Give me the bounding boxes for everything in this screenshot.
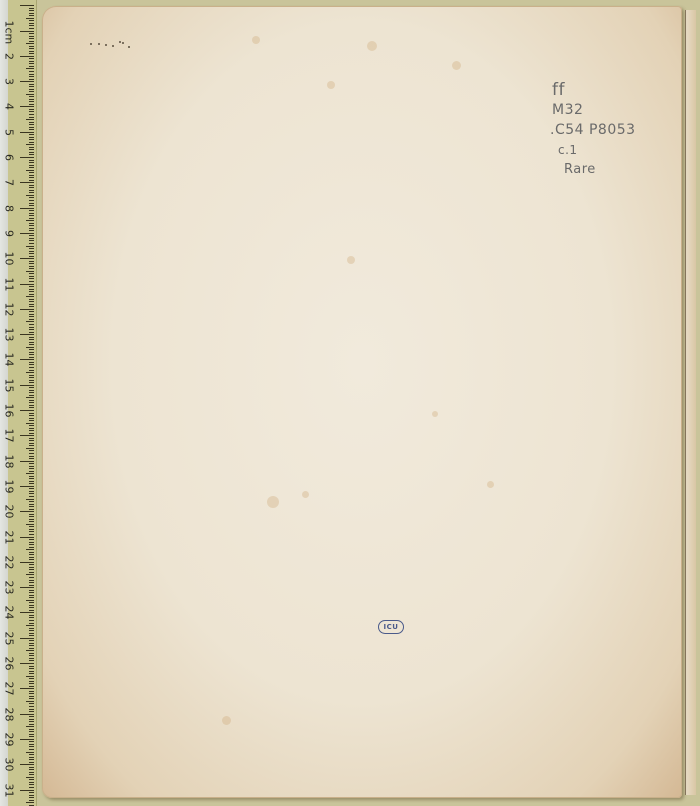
ruler-tick <box>26 347 34 348</box>
ruler-label: 21 <box>4 530 15 544</box>
ruler-tick <box>29 736 34 737</box>
foxing-spot <box>487 481 494 488</box>
ruler-tick <box>29 177 34 178</box>
ruler-tick <box>26 600 34 601</box>
ruler-label: 4 <box>4 100 15 114</box>
ruler-tick <box>29 273 34 274</box>
ruler-tick <box>29 592 34 593</box>
ruler-label: 25 <box>4 631 15 645</box>
ruler-tick <box>29 711 34 712</box>
ruler-tick <box>29 402 34 403</box>
ruler-tick <box>29 266 34 267</box>
ruler-tick <box>29 71 34 72</box>
ruler-tick <box>29 114 34 115</box>
ruler-tick <box>26 549 34 550</box>
ruler-tick <box>29 36 34 37</box>
call-number-collection: Rare <box>550 160 660 180</box>
ruler-label: 26 <box>4 657 15 671</box>
ruler-tick <box>20 157 34 158</box>
ruler-tick <box>20 334 34 335</box>
ruler-tick <box>29 289 34 290</box>
ruler-tick <box>29 709 34 710</box>
ruler-tick <box>29 597 34 598</box>
ruler-tick <box>29 225 34 226</box>
ruler-label: 3 <box>4 75 15 89</box>
ruler-tick <box>20 790 34 791</box>
ruler-tick <box>29 152 34 153</box>
ruler-tick <box>29 33 34 34</box>
ruler-label: 14 <box>4 353 15 367</box>
ruler-tick <box>29 554 34 555</box>
ruler-tick <box>29 506 34 507</box>
ruler-tick <box>20 764 34 765</box>
ruler-tick <box>29 367 34 368</box>
ruler-tick <box>29 716 34 717</box>
ruler-label: 5 <box>4 125 15 139</box>
ruler-tick <box>29 329 34 330</box>
ruler-tick <box>29 542 34 543</box>
ruler-label: 6 <box>4 151 15 165</box>
ruler-tick <box>26 321 34 322</box>
ruler-tick <box>29 165 34 166</box>
ruler-tick <box>20 182 34 183</box>
ruler-tick <box>26 170 34 171</box>
ruler-tick <box>20 385 34 386</box>
ruler-tick <box>29 20 34 21</box>
ruler-label: 9 <box>4 226 15 240</box>
ruler-tick <box>29 703 34 704</box>
ruler-tick <box>29 210 34 211</box>
ruler-tick <box>20 663 34 664</box>
ruler-tick <box>29 668 34 669</box>
ruler-tick <box>29 800 34 801</box>
ruler-tick <box>29 564 34 565</box>
ruler-tick <box>29 66 34 67</box>
ruler-tick <box>29 590 34 591</box>
ruler-tick <box>29 294 34 295</box>
ruler-tick <box>29 673 34 674</box>
ruler-tick <box>29 13 34 14</box>
ruler-tick <box>29 76 34 77</box>
ruler-tick <box>29 721 34 722</box>
ruler-tick <box>29 129 34 130</box>
ruler-tick <box>29 463 34 464</box>
ruler-tick <box>29 84 34 85</box>
ruler-tick <box>29 235 34 236</box>
ruler-tick <box>20 208 34 209</box>
ruler-tick <box>20 638 34 639</box>
ruler-tick <box>29 187 34 188</box>
ruler-tick <box>29 784 34 785</box>
ruler-tick <box>29 660 34 661</box>
ruler-tick <box>29 190 34 191</box>
ruler-tick <box>29 696 34 697</box>
ruler-tick <box>29 569 34 570</box>
ruler-tick <box>26 423 34 424</box>
ruler-tick <box>29 433 34 434</box>
ruler-tick <box>29 357 34 358</box>
ruler-tick <box>29 582 34 583</box>
ruler-tick <box>29 230 34 231</box>
ruler-tick <box>29 192 34 193</box>
ruler-tick <box>29 617 34 618</box>
ruler-tick <box>26 195 34 196</box>
ruler-tick <box>29 349 34 350</box>
ruler-tick <box>29 580 34 581</box>
ruler-label: 31 <box>4 783 15 797</box>
ruler-tick <box>29 762 34 763</box>
ruler-tick <box>29 147 34 148</box>
ruler-tick <box>29 501 34 502</box>
ruler-tick <box>29 382 34 383</box>
ruler-tick <box>29 86 34 87</box>
ruler-tick <box>29 415 34 416</box>
ruler-label: 19 <box>4 479 15 493</box>
ruler-tick <box>20 132 34 133</box>
ruler-tick <box>29 493 34 494</box>
ruler-tick <box>29 218 34 219</box>
ruler-tick <box>29 134 34 135</box>
ruler-tick <box>29 79 34 80</box>
ruler-tick <box>29 205 34 206</box>
ruler-tick <box>29 175 34 176</box>
foxing-spot <box>252 36 260 44</box>
ruler-tick <box>29 769 34 770</box>
ruler-tick <box>29 559 34 560</box>
ruler-tick <box>29 488 34 489</box>
ruler-tick <box>26 448 34 449</box>
ruler-tick <box>29 595 34 596</box>
ruler-tick <box>29 286 34 287</box>
ruler-tick <box>29 342 34 343</box>
ruler-tick <box>29 630 34 631</box>
ruler-tick <box>29 139 34 140</box>
ruler-tick <box>29 63 34 64</box>
ruler-tick <box>29 698 34 699</box>
ruler-tick <box>29 248 34 249</box>
ruler-tick <box>29 261 34 262</box>
ruler-tick <box>29 741 34 742</box>
ruler-tick <box>20 461 34 462</box>
ruler-tick <box>26 802 34 803</box>
ruler-tick <box>29 327 34 328</box>
ruler-tick <box>29 521 34 522</box>
ruler-tick <box>29 344 34 345</box>
ruler-tick <box>29 400 34 401</box>
ruler-tick <box>29 693 34 694</box>
foxing-spot <box>222 716 231 725</box>
ruler-tick <box>29 749 34 750</box>
ruler-tick <box>29 15 34 16</box>
ruler-tick <box>29 387 34 388</box>
ruler-tick <box>29 319 34 320</box>
ruler-tick <box>29 28 34 29</box>
call-number-copy: c.1 <box>550 140 660 160</box>
ruler-tick <box>29 671 34 672</box>
ruler-tick <box>29 51 34 52</box>
ruler-tick <box>29 362 34 363</box>
ruler-tick <box>26 43 34 44</box>
ruler-label: 27 <box>4 682 15 696</box>
ruler-tick <box>29 46 34 47</box>
ruler-tick <box>29 478 34 479</box>
ruler-label: 15 <box>4 378 15 392</box>
ruler-tick <box>29 529 34 530</box>
ruler-tick <box>29 301 34 302</box>
ruler-tick <box>29 428 34 429</box>
ruler-tick <box>29 99 34 100</box>
ruler-tick <box>20 258 34 259</box>
ruler-tick <box>29 534 34 535</box>
ruler-tick <box>29 407 34 408</box>
ruler-tick <box>29 754 34 755</box>
call-number-cutter: .C54 P8053 <box>550 120 660 140</box>
ruler-tick <box>29 772 34 773</box>
ruler-tick <box>29 516 34 517</box>
ruler-tick <box>29 215 34 216</box>
ruler-label: 22 <box>4 555 15 569</box>
ruler-tick <box>29 795 34 796</box>
ruler-tick <box>29 509 34 510</box>
ruler-tick <box>20 410 34 411</box>
ruler-tick <box>29 724 34 725</box>
ruler-tick <box>29 306 34 307</box>
ruler-tick <box>29 544 34 545</box>
ruler-tick <box>29 610 34 611</box>
ruler-tick <box>29 203 34 204</box>
ruler-tick <box>29 278 34 279</box>
ruler-tick <box>26 752 34 753</box>
ruler-tick <box>29 304 34 305</box>
ruler-tick <box>29 392 34 393</box>
ruler-tick <box>29 471 34 472</box>
ruler-tick <box>29 605 34 606</box>
ruler-tick <box>29 557 34 558</box>
ruler-tick <box>29 238 34 239</box>
ruler-tick <box>29 324 34 325</box>
ruler-label: 30 <box>4 758 15 772</box>
ruler-tick <box>29 122 34 123</box>
ruler-tick <box>29 117 34 118</box>
ruler-tick <box>29 10 34 11</box>
ruler-tick <box>29 96 34 97</box>
ruler-tick <box>29 311 34 312</box>
ruler-tick <box>29 746 34 747</box>
ruler-tick <box>29 774 34 775</box>
ruler-tick <box>26 726 34 727</box>
ruler-tick <box>29 405 34 406</box>
foxing-spot <box>327 81 335 89</box>
ruler-tick <box>29 48 34 49</box>
ruler-label: 10 <box>4 252 15 266</box>
ruler-label: 7 <box>4 176 15 190</box>
ruler-tick <box>20 106 34 107</box>
ruler-tick <box>26 650 34 651</box>
ruler-tick <box>20 435 34 436</box>
ruler-tick <box>29 91 34 92</box>
ruler-tick <box>29 425 34 426</box>
ruler-tick <box>29 197 34 198</box>
ruler-tick <box>29 223 34 224</box>
page-edge <box>685 10 696 795</box>
ruler-tick <box>29 440 34 441</box>
ruler-label: 1cm <box>4 20 15 34</box>
ruler-tick <box>29 413 34 414</box>
ruler-tick <box>29 519 34 520</box>
ruler-tick <box>20 537 34 538</box>
ruler-tick <box>29 438 34 439</box>
handwritten-call-number: ff M32 .C54 P8053 c.1 Rare <box>550 80 660 180</box>
ruler-tick <box>29 332 34 333</box>
ruler-label: 12 <box>4 302 15 316</box>
ruler-tick <box>29 658 34 659</box>
ruler-tick <box>29 364 34 365</box>
ruler-tick <box>20 688 34 689</box>
ruler-tick <box>29 154 34 155</box>
foxing-spot <box>302 491 309 498</box>
ruler-tick <box>29 38 34 39</box>
ruler-tick <box>29 719 34 720</box>
ruler-tick <box>26 676 34 677</box>
ruler-tick <box>29 418 34 419</box>
ruler-tick <box>26 144 34 145</box>
foxing-spot <box>432 411 438 417</box>
ruler-tick <box>29 681 34 682</box>
ruler-tick <box>20 284 34 285</box>
ruler-tick <box>20 587 34 588</box>
ruler-tick <box>29 526 34 527</box>
ruler-tick <box>29 127 34 128</box>
ruler-tick <box>29 602 34 603</box>
ruler-tick <box>29 458 34 459</box>
ruler-tick <box>29 577 34 578</box>
ruler-tick <box>29 468 34 469</box>
ruler-tick <box>29 655 34 656</box>
ruler-tick <box>29 450 34 451</box>
ruler-tick <box>26 701 34 702</box>
ink-specks <box>88 40 148 48</box>
ruler-tick <box>29 390 34 391</box>
ruler-label: 23 <box>4 581 15 595</box>
ruler-tick <box>29 585 34 586</box>
ruler-tick <box>29 567 34 568</box>
ruler-tick <box>29 607 34 608</box>
ruler-tick <box>29 628 34 629</box>
ruler-tick <box>29 109 34 110</box>
ruler-label: 8 <box>4 201 15 215</box>
ruler-tick <box>26 473 34 474</box>
ruler-label: 28 <box>4 707 15 721</box>
ruler-tick <box>29 314 34 315</box>
ruler-tick <box>29 253 34 254</box>
ruler-tick <box>26 246 34 247</box>
ruler-tick <box>29 706 34 707</box>
ruler-tick <box>20 56 34 57</box>
ruler-tick <box>29 483 34 484</box>
foxing-spot <box>267 496 279 508</box>
ruler-tick <box>29 620 34 621</box>
ruler-label: 18 <box>4 454 15 468</box>
ruler-tick <box>29 352 34 353</box>
ruler-tick <box>29 251 34 252</box>
ruler-tick <box>29 228 34 229</box>
ruler-tick <box>29 645 34 646</box>
ruler-tick <box>29 678 34 679</box>
ruler-tick <box>20 359 34 360</box>
ruler-tick <box>29 281 34 282</box>
ruler-tick <box>29 172 34 173</box>
ruler-tick <box>29 633 34 634</box>
ruler-tick <box>29 731 34 732</box>
ruler-tick <box>29 635 34 636</box>
measuring-ruler: 1cm2345678910111213141516171819202122232… <box>0 0 37 806</box>
call-number-class: M32 <box>550 100 660 120</box>
ruler-tick <box>26 499 34 500</box>
ruler-tick <box>29 686 34 687</box>
ruler-tick <box>29 142 34 143</box>
ruler-tick <box>26 271 34 272</box>
ruler-tick <box>29 291 34 292</box>
ruler-tick <box>29 466 34 467</box>
ruler-tick <box>29 734 34 735</box>
ruler-tick <box>29 160 34 161</box>
ruler-tick <box>29 782 34 783</box>
ruler-tick <box>29 792 34 793</box>
ruler-tick <box>29 615 34 616</box>
ruler-tick <box>29 547 34 548</box>
ruler-tick <box>29 504 34 505</box>
ruler-tick <box>29 552 34 553</box>
foxing-spot <box>347 256 355 264</box>
ruler-tick <box>29 729 34 730</box>
ruler-tick <box>29 430 34 431</box>
ruler-tick <box>29 476 34 477</box>
ruler-tick <box>26 18 34 19</box>
ruler-tick <box>20 562 34 563</box>
ruler-tick <box>29 23 34 24</box>
ruler-tick <box>29 445 34 446</box>
ruler-tick <box>26 397 34 398</box>
ruler-tick <box>29 767 34 768</box>
ruler-tick <box>20 612 34 613</box>
ruler-tick <box>26 574 34 575</box>
ruler-tick <box>29 623 34 624</box>
ruler-tick <box>29 653 34 654</box>
ruler-tick <box>20 511 34 512</box>
ruler-tick <box>29 185 34 186</box>
ruler-tick <box>29 797 34 798</box>
ruler-tick <box>29 375 34 376</box>
ruler-tick <box>29 240 34 241</box>
ruler-tick <box>29 180 34 181</box>
ruler-tick <box>29 256 34 257</box>
ruler-tick <box>29 496 34 497</box>
foxing-spot <box>452 61 461 70</box>
ruler-tick <box>26 625 34 626</box>
ruler-tick <box>29 683 34 684</box>
ruler-tick <box>29 491 34 492</box>
ruler-tick <box>29 370 34 371</box>
ruler-tick <box>29 443 34 444</box>
ruler-tick <box>29 354 34 355</box>
ruler-tick <box>29 456 34 457</box>
ruler-tick <box>29 453 34 454</box>
ruler-tick <box>29 149 34 150</box>
ruler-tick <box>29 377 34 378</box>
ruler-tick <box>29 572 34 573</box>
ruler-tick <box>20 81 34 82</box>
ruler-tick <box>29 531 34 532</box>
